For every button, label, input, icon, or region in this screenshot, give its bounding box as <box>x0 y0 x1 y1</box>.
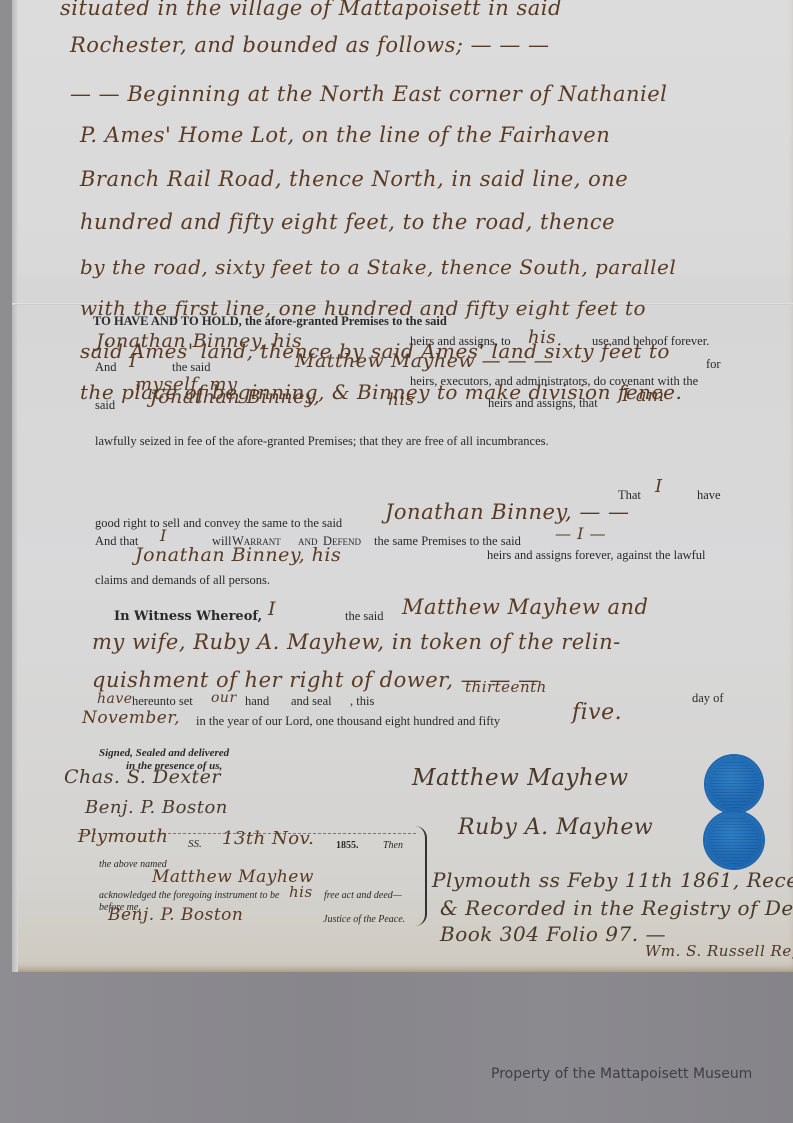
ack-then: Then <box>383 840 403 851</box>
signature-wife: Ruby A. Mayhew <box>458 815 653 840</box>
ack-ss: SS. <box>188 838 202 850</box>
this-text: , this <box>350 694 374 709</box>
habendum-text: TO HAVE AND TO HOLD, the afore-granted P… <box>93 314 447 329</box>
right-grantee: Jonathan Binney, — — <box>385 500 630 524</box>
witness-i: I <box>268 598 276 620</box>
wax-seal-icon <box>706 756 762 812</box>
pronoun-hand: his <box>528 327 556 348</box>
covenant-grantee: Jonathan Binney, <box>150 386 320 408</box>
year-text: in the year of our Lord, one thousand ei… <box>196 714 500 729</box>
warrant-dash: — I — <box>555 524 606 543</box>
habendum-behoof: use and behoof forever. <box>592 334 709 349</box>
have-hand: have <box>97 691 133 707</box>
covenant-i: I <box>129 351 137 372</box>
witness-line2: my wife, Ruby A. Mayhew, in token of the… <box>92 630 621 654</box>
warrant-i: I <box>160 526 167 545</box>
witness-signature: Chas. S. Dexter <box>64 766 221 788</box>
paper-edge <box>12 0 18 972</box>
hand-line: hundred and fifty eight feet, to the roa… <box>80 210 615 234</box>
recording-line1: Plymouth ss Feby 11th 1861, Received <box>432 868 793 892</box>
ack-acknowledged: acknowledged the foregoing instrument to… <box>99 890 279 901</box>
claims-text: claims and demands of all persons. <box>95 573 270 588</box>
recording-line2: & Recorded in the Registry of Deeds <box>440 896 793 920</box>
ack-justice-title: Justice of the Peace. <box>323 914 405 925</box>
and-that: And that <box>95 534 138 549</box>
acknowledgment-brace <box>415 826 427 926</box>
witness-the-said: the said <box>345 609 384 624</box>
museum-watermark: Property of the Mattapoisett Museum <box>491 1066 752 1082</box>
covenant-i-am: I am <box>622 385 665 406</box>
warrant-heirs: heirs and assigns forever, against the l… <box>487 548 706 563</box>
hand-line: situated in the village of Mattapoisett … <box>60 0 562 20</box>
wax-seal-icon <box>705 812 763 868</box>
hand-line: P. Ames' Home Lot, on the line of the Fa… <box>80 123 610 147</box>
witness-signature: Benj. P. Boston <box>85 797 228 818</box>
ack-free-act: free act and deed— <box>324 890 402 901</box>
year-hand: five. <box>572 700 622 725</box>
that-i: I <box>655 476 663 497</box>
right-to-sell: good right to sell and convey the same t… <box>95 516 342 531</box>
covenant-his: his <box>388 390 415 410</box>
habendum-heirs: heirs and assigns, to <box>410 334 511 349</box>
witness-heading: In Witness Whereof, <box>114 609 262 624</box>
day-hand: thirteenth <box>465 678 547 696</box>
and-seal-text: and seal <box>291 694 332 709</box>
covenant-assigns: heirs and assigns, that <box>488 396 598 411</box>
ack-year: 1855. <box>336 840 359 851</box>
ack-date-hand: 13th Nov. <box>222 828 314 849</box>
covenant-said: said <box>95 398 115 413</box>
covenant-lawfully: lawfully seized in fee of the afore-gran… <box>95 434 549 449</box>
hand-line: by the road, sixty feet to a Stake, then… <box>80 255 676 279</box>
grantee-hand: Jonathan Binney, his <box>96 330 302 352</box>
ack-justice-hand: Benj. P. Boston <box>108 905 243 925</box>
ack-his-hand: his <box>289 883 313 901</box>
hand-line: — — Beginning at the North East corner o… <box>70 82 667 106</box>
hereunto-set: hereunto set <box>132 694 193 709</box>
hand-line: Branch Rail Road, thence North, in said … <box>80 167 628 191</box>
have-text: have <box>697 488 721 503</box>
warrant-grantee: Jonathan Binney, his <box>135 544 341 566</box>
hand-line: Rochester, and bounded as follows; — — — <box>70 33 550 57</box>
warrant-premises: the same Premises to the said <box>374 534 521 549</box>
covenant-the-said: the said <box>172 360 211 375</box>
recording-register: Wm. S. Russell Reg. <box>645 942 793 960</box>
attestation-line1: Signed, Sealed and delivered <box>99 747 229 759</box>
witness-line1: Matthew Mayhew and <box>402 595 648 619</box>
day-of-text: day of <box>692 691 724 706</box>
grantor-hand: Matthew Mayhew — — — <box>295 350 553 372</box>
signature-grantor: Matthew Mayhew <box>412 765 629 791</box>
our-hand: our <box>211 690 237 706</box>
recording-line3: Book 304 Folio 97. — <box>440 922 666 946</box>
covenant-for: for <box>706 357 721 372</box>
ack-county-hand: Plymouth <box>78 826 168 847</box>
hand-text: hand <box>245 694 269 709</box>
covenant-and: And <box>95 360 117 375</box>
month-hand: November, <box>82 708 180 728</box>
